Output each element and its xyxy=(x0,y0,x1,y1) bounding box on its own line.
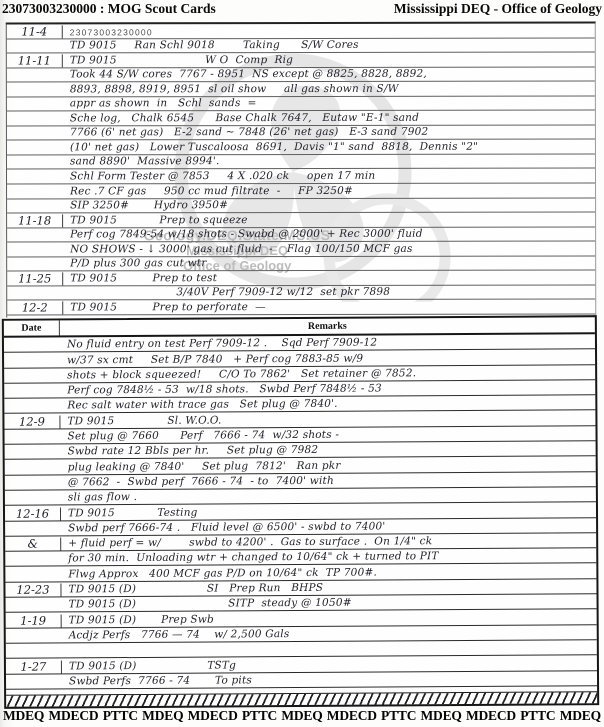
card-row: SIP 3250# Hydro 3950# xyxy=(7,198,595,214)
card-row: Swbd Perfs 7766 - 74 To pits xyxy=(6,671,597,690)
footer-word: PTTC xyxy=(242,708,277,724)
remark-text: Perf cog 7849-54 w/18 shots - Swabd @ 20… xyxy=(63,228,595,242)
card-row: Schl Form Tester @ 7853 4 X .020 ck open… xyxy=(7,169,595,185)
remark-text: TD 9015 Ran Schl 9018 Taking S/W Cores xyxy=(63,39,595,53)
footer-word: MDECD xyxy=(48,708,98,724)
scout-card-1: Geology.DEQ.State.MS.US Mississippi DEQ … xyxy=(6,21,597,317)
date-cell: 1-19 xyxy=(6,614,62,627)
footer-word: MDECD xyxy=(188,708,238,724)
remark-text: (10' net gas) Lower Tuscaloosa 8691, Dav… xyxy=(63,140,595,154)
date-cell: 11-11 xyxy=(7,54,63,67)
remark-text: Swbd Perfs 7766 - 74 To pits xyxy=(62,672,597,688)
remark-text: Took 44 S/W cores 7767 - 8951 NS except … xyxy=(63,68,595,82)
card-row: 8893, 8898, 8919, 8951 sl oil show all g… xyxy=(7,82,595,98)
remark-text: 3/40V Perf 7909-12 w/12 set pkr 7898 xyxy=(63,286,595,300)
remarks-column-header: Remarks xyxy=(60,317,595,335)
footer-word: MDECD xyxy=(466,708,516,724)
remark-text: 23073003230000 xyxy=(63,25,595,38)
agency-title: Mississippi DEQ - Office of Geology xyxy=(394,1,602,17)
remark-text: TD 9015 W O Comp Rig xyxy=(63,53,595,67)
remark-text: Sche log, Chalk 6545 Base Chalk 7647, Eu… xyxy=(63,111,595,125)
remark-text: P/D plus 300 gas cut wtr xyxy=(63,257,595,271)
remark-text: TD 9015 Prep to test xyxy=(63,271,595,285)
remark-text: NO SHOWS - ↓ 3000' gas cut fluid - Flag … xyxy=(63,242,595,256)
card-row: 11-423073003230000 xyxy=(7,23,595,39)
card-row: Took 44 S/W cores 7767 - 8951 NS except … xyxy=(7,67,595,83)
remark-text: TD 9015 Prep to perforate — xyxy=(63,300,595,314)
card-row: P/D plus 300 gas cut wtr xyxy=(7,256,595,272)
footer-word: MDEQ xyxy=(421,708,462,724)
footer-word: PTTC xyxy=(381,708,416,724)
remark-text: TD 9015 Prep to squeeze xyxy=(63,213,595,227)
card-row: sand 8890' Massive 8994'. xyxy=(7,154,595,170)
footer-word: MDECD xyxy=(327,708,377,724)
remark-text: Schl Form Tester @ 7853 4 X .020 ck open… xyxy=(63,170,595,184)
footer-strip: MDEQMDECDPTTCMDEQMDECDPTTCMDEQMDECDPTTCM… xyxy=(3,708,601,724)
card1-rows: 11-423073003230000TD 9015 Ran Schl 9018 … xyxy=(7,23,596,315)
date-cell: 12-16 xyxy=(5,507,61,520)
date-cell: 11-18 xyxy=(7,214,63,227)
card-bottom-hatch-edge xyxy=(6,691,597,707)
scout-card-2: Date Remarks No fluid entry on test Perf… xyxy=(2,315,599,709)
card-row: (10' net gas) Lower Tuscaloosa 8691, Dav… xyxy=(7,140,595,156)
date-cell: 11-4 xyxy=(7,25,63,38)
date-cell: 1-27 xyxy=(6,660,62,673)
footer-word: MDEQ xyxy=(281,708,322,724)
card-row: 11-25TD 9015 Prep to test xyxy=(7,271,595,287)
card-row: 11-18TD 9015 Prep to squeeze xyxy=(7,213,595,229)
document-id-title: 23073003230000 : MOG Scout Cards xyxy=(2,1,216,17)
card-row: 7766 (6' net gas) E-2 sand ~ 7848 (26' n… xyxy=(7,125,595,141)
remark-text: 7766 (6' net gas) E-2 sand ~ 7848 (26' n… xyxy=(63,126,595,140)
date-cell: 12-2 xyxy=(7,301,63,314)
footer-word: MDEQ xyxy=(3,708,44,724)
card-row: appr as shown in Schl sands = xyxy=(7,96,595,112)
remark-text: sand 8890' Massive 8994'. xyxy=(63,155,595,169)
footer-word: PTTC xyxy=(520,708,555,724)
card-row: Sche log, Chalk 6545 Base Chalk 7647, Eu… xyxy=(7,111,595,127)
date-cell: 11-25 xyxy=(7,272,63,285)
date-cell: 12-23 xyxy=(5,584,61,597)
date-column-header: Date xyxy=(4,320,60,335)
remark-text: appr as shown in Schl sands = xyxy=(63,97,595,111)
card-row: NO SHOWS - ↓ 3000' gas cut fluid - Flag … xyxy=(7,242,595,258)
page-header: 23073003230000 : MOG Scout Cards Mississ… xyxy=(2,1,602,17)
remark-text: SIP 3250# Hydro 3950# xyxy=(63,199,595,213)
date-cell: & xyxy=(5,538,61,551)
footer-word: PTTC xyxy=(103,708,138,724)
card-row: 3/40V Perf 7909-12 w/12 set pkr 7898 xyxy=(7,285,595,301)
card-row: TD 9015 Ran Schl 9018 Taking S/W Cores xyxy=(7,38,595,54)
card-row: 11-11TD 9015 W O Comp Rig xyxy=(7,53,595,69)
card-row: Rec .7 CF gas 950 cc mud filtrate - FP 3… xyxy=(7,184,595,200)
remark-text: Rec .7 CF gas 950 cc mud filtrate - FP 3… xyxy=(63,184,595,198)
card2-rows: No fluid entry on test Perf 7909-12 . Sq… xyxy=(4,334,597,689)
card-row: 12-2TD 9015 Prep to perforate — xyxy=(7,300,595,316)
card-row: Perf cog 7849-54 w/18 shots - Swabd @ 20… xyxy=(7,227,595,243)
footer-word: MDEQ xyxy=(560,708,601,724)
footer-word: MDEQ xyxy=(142,708,183,724)
date-cell: 12-9 xyxy=(4,415,60,428)
remark-text: 8893, 8898, 8919, 8951 sl oil show all g… xyxy=(63,82,595,96)
